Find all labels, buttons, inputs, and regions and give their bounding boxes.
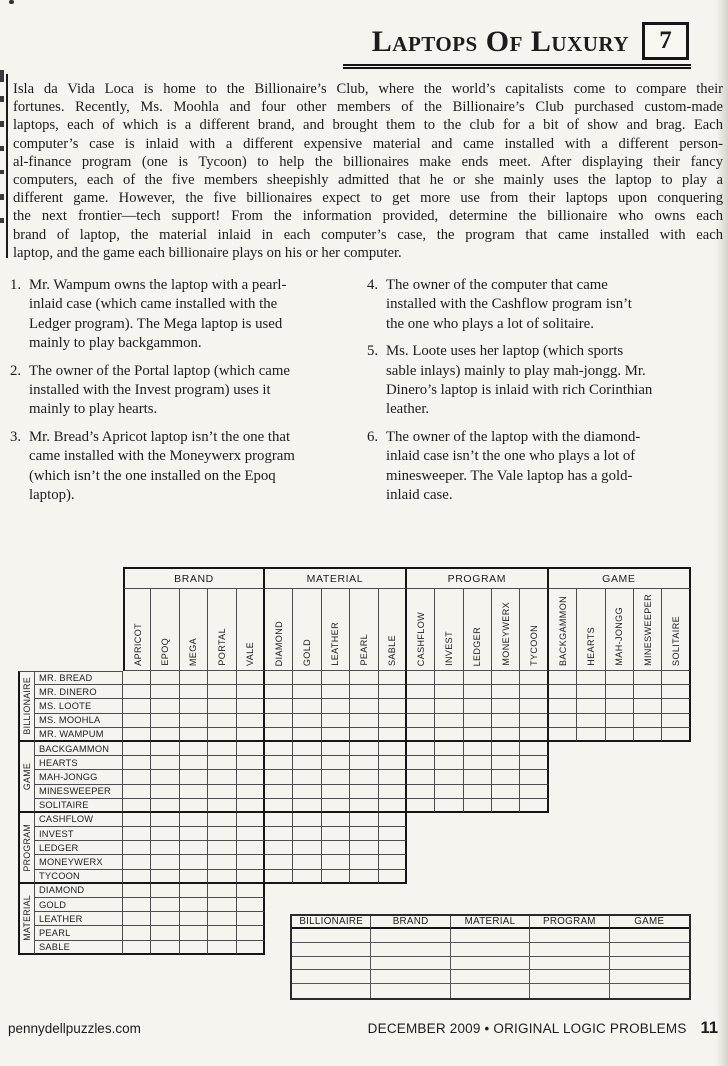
grid-cell[interactable]	[151, 685, 179, 699]
grid-cell[interactable]	[151, 841, 179, 855]
grid-cell[interactable]	[379, 870, 407, 884]
grid-cell[interactable]	[265, 685, 293, 699]
grid-cell[interactable]	[464, 799, 492, 813]
grid-cell[interactable]	[123, 884, 151, 898]
grid-cell[interactable]	[435, 785, 463, 799]
grid-cell[interactable]	[606, 714, 634, 728]
solution-cell[interactable]	[610, 970, 689, 984]
grid-cell[interactable]	[151, 912, 179, 926]
grid-cell[interactable]	[577, 699, 605, 713]
grid-cell[interactable]	[208, 714, 236, 728]
grid-cell[interactable]	[435, 671, 463, 685]
grid-cell[interactable]	[237, 728, 265, 742]
grid-cell[interactable]	[180, 898, 208, 912]
grid-cell[interactable]	[549, 671, 577, 685]
grid-cell[interactable]	[407, 756, 435, 770]
grid-cell[interactable]	[606, 671, 634, 685]
grid-cell[interactable]	[350, 756, 378, 770]
grid-cell[interactable]	[606, 699, 634, 713]
grid-cell[interactable]	[123, 714, 151, 728]
grid-cell[interactable]	[549, 728, 577, 742]
grid-cell[interactable]	[180, 827, 208, 841]
grid-cell[interactable]	[407, 770, 435, 784]
grid-cell[interactable]	[549, 699, 577, 713]
grid-cell[interactable]	[492, 699, 520, 713]
grid-cell[interactable]	[265, 699, 293, 713]
grid-cell[interactable]	[123, 941, 151, 955]
grid-cell[interactable]	[265, 770, 293, 784]
grid-cell[interactable]	[662, 728, 690, 742]
grid-cell[interactable]	[180, 855, 208, 869]
grid-row-label: CASHFLOW	[35, 813, 123, 827]
grid-cell[interactable]	[208, 884, 236, 898]
grid-cell[interactable]	[464, 742, 492, 756]
grid-cell[interactable]	[180, 714, 208, 728]
grid-cell[interactable]	[293, 855, 321, 869]
grid-cell[interactable]	[350, 699, 378, 713]
solution-cell[interactable]	[610, 957, 689, 971]
grid-column-label-text: MEGA	[188, 638, 198, 666]
grid-cell[interactable]	[237, 855, 265, 869]
grid-cell[interactable]	[265, 728, 293, 742]
grid-cell[interactable]	[520, 671, 548, 685]
grid-cell[interactable]	[265, 756, 293, 770]
grid-side-group-label-text: BILLIONAIRE	[22, 677, 32, 735]
grid-cell[interactable]	[180, 728, 208, 742]
grid-cell[interactable]	[520, 728, 548, 742]
grid-cell[interactable]	[151, 770, 179, 784]
clue-line: Mr. Bread’s Apricot laptop isn’t the one…	[29, 428, 362, 447]
grid-cell[interactable]	[123, 756, 151, 770]
grid-column-label: PORTAL	[208, 589, 236, 671]
grid-cell[interactable]	[265, 671, 293, 685]
grid-cell[interactable]	[606, 728, 634, 742]
grid-cell[interactable]	[350, 855, 378, 869]
grid-cell[interactable]	[151, 728, 179, 742]
grid-cell[interactable]	[208, 728, 236, 742]
intro-line: brand of laptop, the material inlaid in …	[13, 226, 723, 244]
solution-cell[interactable]	[530, 943, 609, 957]
grid-cell[interactable]	[151, 714, 179, 728]
grid-column-label: VALE	[237, 589, 265, 671]
grid-cell[interactable]	[208, 841, 236, 855]
grid-cell[interactable]	[180, 912, 208, 926]
grid-cell[interactable]	[322, 685, 350, 699]
grid-cell[interactable]	[435, 756, 463, 770]
grid-side-group-label: GAME	[18, 742, 35, 813]
grid-cell[interactable]	[208, 827, 236, 841]
solution-cell[interactable]	[530, 929, 609, 943]
solution-cell[interactable]	[530, 970, 609, 984]
grid-cell[interactable]	[520, 756, 548, 770]
solution-cell[interactable]	[610, 943, 689, 957]
grid-cell[interactable]	[208, 855, 236, 869]
grid-cell[interactable]	[435, 770, 463, 784]
grid-cell[interactable]	[180, 813, 208, 827]
grid-cell[interactable]	[407, 742, 435, 756]
grid-cell[interactable]	[123, 799, 151, 813]
grid-cell[interactable]	[435, 728, 463, 742]
solution-cell[interactable]	[292, 970, 371, 984]
grid-cell[interactable]	[634, 728, 662, 742]
grid-cell[interactable]	[151, 941, 179, 955]
grid-column-label: EPOQ	[151, 589, 179, 671]
grid-row-label: LEATHER	[35, 912, 123, 926]
grid-cell[interactable]	[180, 770, 208, 784]
grid-cell[interactable]	[151, 671, 179, 685]
grid-cell[interactable]	[123, 855, 151, 869]
grid-cell[interactable]	[492, 756, 520, 770]
grid-cell[interactable]	[520, 785, 548, 799]
grid-cell[interactable]	[123, 699, 151, 713]
grid-cell[interactable]	[123, 841, 151, 855]
grid-cell[interactable]	[435, 699, 463, 713]
grid-cell[interactable]	[520, 799, 548, 813]
grid-cell[interactable]	[208, 685, 236, 699]
grid-cell[interactable]	[180, 785, 208, 799]
grid-cell[interactable]	[464, 756, 492, 770]
grid-cell[interactable]	[123, 813, 151, 827]
grid-cell[interactable]	[208, 699, 236, 713]
grid-cell[interactable]	[379, 671, 407, 685]
grid-category-header: MATERIAL	[265, 567, 407, 589]
grid-cell[interactable]	[237, 912, 265, 926]
grid-cell[interactable]	[549, 685, 577, 699]
grid-cell[interactable]	[407, 714, 435, 728]
grid-cell[interactable]	[492, 685, 520, 699]
grid-cell[interactable]	[322, 827, 350, 841]
grid-cell[interactable]	[265, 813, 293, 827]
grid-cell[interactable]	[293, 728, 321, 742]
grid-cell[interactable]	[520, 742, 548, 756]
grid-cell[interactable]	[208, 756, 236, 770]
solution-header: BILLIONAIRE	[292, 916, 371, 929]
grid-cell[interactable]	[265, 799, 293, 813]
grid-cell[interactable]	[379, 813, 407, 827]
grid-cell[interactable]	[492, 728, 520, 742]
grid-cell[interactable]	[265, 742, 293, 756]
grid-cell[interactable]	[379, 699, 407, 713]
grid-cell[interactable]	[293, 785, 321, 799]
grid-cell[interactable]	[123, 728, 151, 742]
grid-cell[interactable]	[379, 841, 407, 855]
grid-cell[interactable]	[293, 870, 321, 884]
grid-row-label: MR. WAMPUM	[35, 728, 123, 742]
grid-cell[interactable]	[151, 742, 179, 756]
grid-row-label: SOLITAIRE	[35, 799, 123, 813]
clue-line: laptop).	[29, 486, 362, 505]
grid-cell[interactable]	[180, 884, 208, 898]
grid-cell[interactable]	[322, 855, 350, 869]
grid-cell[interactable]	[151, 884, 179, 898]
grid-cell[interactable]	[123, 742, 151, 756]
grid-cell[interactable]	[180, 685, 208, 699]
solution-cell[interactable]	[371, 957, 450, 971]
grid-cell[interactable]	[435, 714, 463, 728]
grid-cell[interactable]	[208, 671, 236, 685]
grid-cell[interactable]	[350, 742, 378, 756]
grid-cell[interactable]	[379, 742, 407, 756]
grid-cell[interactable]	[293, 699, 321, 713]
grid-cell[interactable]	[293, 799, 321, 813]
grid-cell[interactable]	[322, 870, 350, 884]
grid-cell[interactable]	[379, 728, 407, 742]
grid-column-label: GOLD	[293, 589, 321, 671]
solution-cell[interactable]	[451, 943, 530, 957]
grid-cell[interactable]	[492, 785, 520, 799]
grid-cell[interactable]	[265, 714, 293, 728]
grid-cell[interactable]	[123, 785, 151, 799]
grid-cell[interactable]	[293, 813, 321, 827]
grid-cell[interactable]	[293, 742, 321, 756]
solution-cell[interactable]	[451, 984, 530, 998]
grid-cell[interactable]	[379, 799, 407, 813]
grid-cell[interactable]	[606, 685, 634, 699]
grid-cell[interactable]	[237, 799, 265, 813]
intro-line: laptops, each of which is a different br…	[13, 116, 723, 134]
grid-cell[interactable]	[237, 870, 265, 884]
solution-cell[interactable]	[610, 929, 689, 943]
grid-cell[interactable]	[322, 841, 350, 855]
grid-cell[interactable]	[662, 699, 690, 713]
clues-left: 1.Mr. Wampum owns the laptop with a pear…	[10, 276, 362, 513]
grid-cell[interactable]	[662, 685, 690, 699]
grid-cell[interactable]	[123, 671, 151, 685]
grid-cell[interactable]	[464, 728, 492, 742]
solution-cell[interactable]	[292, 957, 371, 971]
solution-cell[interactable]	[451, 970, 530, 984]
grid-cell[interactable]	[634, 671, 662, 685]
grid-cell[interactable]	[123, 926, 151, 940]
grid-cell[interactable]	[208, 870, 236, 884]
solution-cell[interactable]	[451, 957, 530, 971]
grid-cell[interactable]	[123, 770, 151, 784]
grid-cell[interactable]	[350, 813, 378, 827]
grid-cell[interactable]	[151, 756, 179, 770]
grid-cell[interactable]	[208, 813, 236, 827]
grid-cell[interactable]	[662, 671, 690, 685]
grid-cell[interactable]	[265, 870, 293, 884]
grid-cell[interactable]	[123, 870, 151, 884]
grid-cell[interactable]	[322, 728, 350, 742]
solution-cell[interactable]	[292, 984, 371, 998]
grid-cell[interactable]	[464, 785, 492, 799]
scan-artifact	[0, 96, 4, 102]
grid-cell[interactable]	[407, 671, 435, 685]
grid-cell[interactable]	[123, 827, 151, 841]
grid-cell[interactable]	[379, 855, 407, 869]
grid-cell[interactable]	[350, 714, 378, 728]
grid-cell[interactable]	[237, 714, 265, 728]
grid-cell[interactable]	[322, 671, 350, 685]
grid-cell[interactable]	[237, 770, 265, 784]
grid-cell[interactable]	[549, 714, 577, 728]
grid-side-group-label: BILLIONAIRE	[18, 671, 35, 742]
grid-cell[interactable]	[237, 756, 265, 770]
grid-cell[interactable]	[293, 841, 321, 855]
grid-cell[interactable]	[151, 813, 179, 827]
grid-cell[interactable]	[151, 699, 179, 713]
grid-cell[interactable]	[350, 870, 378, 884]
grid-cell[interactable]	[237, 898, 265, 912]
grid-cell[interactable]	[350, 671, 378, 685]
grid-cell[interactable]	[464, 671, 492, 685]
grid-cell[interactable]	[151, 855, 179, 869]
grid-row-label: MS. LOOTE	[35, 699, 123, 713]
grid-cell[interactable]	[379, 770, 407, 784]
grid-cell[interactable]	[293, 827, 321, 841]
grid-cell[interactable]	[237, 884, 265, 898]
grid-cell[interactable]	[322, 699, 350, 713]
grid-cell[interactable]	[379, 685, 407, 699]
grid-cell[interactable]	[151, 785, 179, 799]
grid-cell[interactable]	[492, 671, 520, 685]
grid-column-label-text: GOLD	[302, 639, 312, 666]
grid-cell[interactable]	[407, 799, 435, 813]
grid-cell[interactable]	[492, 714, 520, 728]
grid-cell[interactable]	[208, 926, 236, 940]
solution-cell[interactable]	[292, 943, 371, 957]
grid-cell[interactable]	[151, 898, 179, 912]
grid-cell[interactable]	[435, 799, 463, 813]
grid-cell[interactable]	[464, 699, 492, 713]
grid-cell[interactable]	[577, 728, 605, 742]
grid-cell[interactable]	[265, 785, 293, 799]
solution-cell[interactable]	[371, 943, 450, 957]
grid-cell[interactable]	[322, 813, 350, 827]
grid-cell[interactable]	[123, 685, 151, 699]
grid-cell[interactable]	[350, 728, 378, 742]
grid-cell[interactable]	[350, 785, 378, 799]
grid-cell[interactable]	[265, 827, 293, 841]
grid-cell[interactable]	[634, 699, 662, 713]
grid-cell[interactable]	[208, 941, 236, 955]
grid-cell[interactable]	[464, 714, 492, 728]
grid-cell[interactable]	[407, 685, 435, 699]
grid-cell[interactable]	[322, 785, 350, 799]
grid-cell[interactable]	[293, 685, 321, 699]
grid-cell[interactable]	[237, 941, 265, 955]
grid-cell[interactable]	[208, 742, 236, 756]
grid-cell[interactable]	[151, 827, 179, 841]
grid-cell[interactable]	[151, 926, 179, 940]
grid-cell[interactable]	[520, 714, 548, 728]
grid-cell[interactable]	[407, 785, 435, 799]
grid-cell[interactable]	[322, 756, 350, 770]
grid-cell[interactable]	[407, 728, 435, 742]
grid-cell[interactable]	[180, 941, 208, 955]
grid-cell[interactable]	[180, 870, 208, 884]
grid-cell[interactable]	[350, 827, 378, 841]
grid-cell[interactable]	[151, 870, 179, 884]
grid-cell[interactable]	[634, 714, 662, 728]
grid-cell[interactable]	[435, 742, 463, 756]
grid-cell[interactable]	[577, 714, 605, 728]
grid-cell[interactable]	[407, 699, 435, 713]
grid-cell[interactable]	[123, 912, 151, 926]
grid-cell[interactable]	[464, 685, 492, 699]
solution-header: PROGRAM	[530, 916, 609, 929]
grid-cell[interactable]	[322, 770, 350, 784]
grid-cell[interactable]	[180, 756, 208, 770]
grid-cell[interactable]	[180, 841, 208, 855]
grid-cell[interactable]	[237, 785, 265, 799]
grid-cell[interactable]	[180, 926, 208, 940]
grid-cell[interactable]	[293, 770, 321, 784]
grid-cell[interactable]	[492, 770, 520, 784]
grid-cell[interactable]	[520, 770, 548, 784]
grid-cell[interactable]	[208, 898, 236, 912]
grid-cell[interactable]	[151, 799, 179, 813]
grid-cell[interactable]	[293, 714, 321, 728]
grid-cell[interactable]	[237, 699, 265, 713]
solution-cell[interactable]	[292, 929, 371, 943]
solution-cell[interactable]	[610, 984, 689, 998]
grid-cell[interactable]	[379, 785, 407, 799]
grid-cell[interactable]	[492, 799, 520, 813]
solution-cell[interactable]	[451, 929, 530, 943]
grid-cell[interactable]	[577, 671, 605, 685]
grid-cell[interactable]	[322, 714, 350, 728]
solution-cell[interactable]	[530, 984, 609, 998]
grid-cell[interactable]	[180, 671, 208, 685]
grid-cell[interactable]	[237, 813, 265, 827]
solution-cell[interactable]	[371, 929, 450, 943]
grid-cell[interactable]	[379, 827, 407, 841]
grid-cell[interactable]	[350, 685, 378, 699]
grid-cell[interactable]	[237, 926, 265, 940]
clue-line: The owner of the computer that came	[386, 276, 723, 295]
grid-cell[interactable]	[577, 685, 605, 699]
grid-cell[interactable]	[180, 799, 208, 813]
grid-cell[interactable]	[293, 671, 321, 685]
grid-cell[interactable]	[350, 841, 378, 855]
grid-cell[interactable]	[492, 742, 520, 756]
grid-column-label: TYCOON	[520, 589, 548, 671]
grid-cell[interactable]	[208, 799, 236, 813]
grid-cell[interactable]	[237, 841, 265, 855]
grid-cell[interactable]	[208, 770, 236, 784]
grid-cell[interactable]	[237, 671, 265, 685]
grid-cell[interactable]	[322, 742, 350, 756]
solution-cell[interactable]	[530, 957, 609, 971]
grid-cell[interactable]	[180, 699, 208, 713]
grid-cell[interactable]	[180, 742, 208, 756]
grid-cell[interactable]	[237, 685, 265, 699]
grid-cell[interactable]	[350, 799, 378, 813]
grid-cell[interactable]	[435, 685, 463, 699]
grid-cell[interactable]	[237, 742, 265, 756]
grid-cell[interactable]	[520, 699, 548, 713]
solution-cell[interactable]	[371, 970, 450, 984]
grid-cell[interactable]	[322, 799, 350, 813]
grid-cell[interactable]	[265, 855, 293, 869]
grid-cell[interactable]	[208, 912, 236, 926]
grid-cell[interactable]	[520, 685, 548, 699]
grid-cell[interactable]	[123, 898, 151, 912]
grid-cell[interactable]	[464, 770, 492, 784]
grid-cell[interactable]	[208, 785, 236, 799]
grid-cell[interactable]	[379, 756, 407, 770]
grid-cell[interactable]	[379, 714, 407, 728]
grid-cell[interactable]	[662, 714, 690, 728]
grid-cell[interactable]	[293, 756, 321, 770]
grid-cell[interactable]	[634, 685, 662, 699]
grid-cell[interactable]	[237, 827, 265, 841]
grid-cell[interactable]	[350, 770, 378, 784]
grid-cell[interactable]	[265, 841, 293, 855]
solution-cell[interactable]	[371, 984, 450, 998]
